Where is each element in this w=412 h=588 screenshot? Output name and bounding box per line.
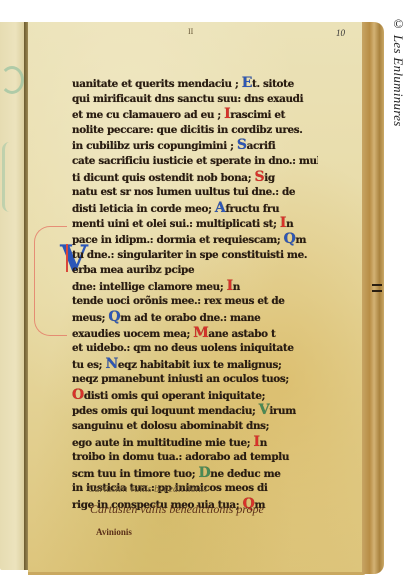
text-line: et me cu clamauero ad eu ; Irascimi et [72, 107, 318, 123]
text-line: nolite peccare: que dicitis in cordibz u… [72, 123, 318, 139]
text-line: ego aute in multitudine mie tue; In [72, 435, 318, 451]
rubricated-initial: S [237, 138, 247, 153]
line-text: dne: intellige clamore meu; [72, 281, 227, 293]
edge-mark [372, 290, 382, 292]
text-line: natu est sr nos lumen uultus tui dne.: d… [72, 185, 318, 201]
line-text: ane astabo t [208, 328, 275, 340]
text-line: erba mea auribz pcipe [72, 263, 318, 279]
rubricated-initial: Q [284, 232, 296, 247]
copyright-watermark: © Les Enluminures [386, 16, 410, 146]
line-text: t. sitote [252, 78, 294, 90]
text-line: pdes omis qui loquunt mendaciu; Virum [72, 403, 318, 419]
rubricated-initial: D [199, 466, 211, 481]
text-line: tu es; Neqz habitabit iux te malignus; [72, 357, 318, 373]
text-line: in cubilibz uris copungimini ; Sacrifi [72, 138, 318, 154]
line-text: in cubilibz uris copungimini ; [72, 140, 237, 152]
line-text: scm tuu in timore tuo; [72, 468, 199, 480]
rubricated-initial: M [193, 326, 208, 341]
offset-green-flourish [2, 142, 17, 212]
text-line: Odisti omis qui operant iniquitate; [72, 388, 318, 404]
ownership-inscription-1: Cartusien vallis benedictionis [88, 484, 207, 495]
line-text: ti dicunt quis ostendit nob bona; [72, 172, 254, 184]
text-line: menti uini et olei sui.: multiplicati st… [72, 216, 318, 232]
line-text: et uidebo.: qm no deus uolens iniquitate [72, 342, 294, 354]
line-text: tu es; [72, 359, 105, 371]
line-text: sanguinu et dolosu abominabit dns; [72, 420, 269, 432]
line-text: neqz pmanebunt iniusti an oculos tuos; [72, 373, 289, 385]
text-line: dne: intellige clamore meu; In [72, 279, 318, 295]
line-text: troibo in domu tua.: adorabo ad templu [72, 451, 289, 463]
text-line: troibo in domu tua.: adorabo ad templu [72, 450, 318, 466]
text-line: tende uoci orõnis mee.: rex meus et de [72, 294, 318, 310]
ownership-inscription-3: Avinionis [96, 527, 132, 537]
text-line: cate sacrificiu iusticie et sperate in d… [72, 154, 318, 170]
text-line: neqz pmanebunt iniusti an oculos tuos; [72, 372, 318, 388]
text-line: et uidebo.: qm no deus uolens iniquitate [72, 341, 318, 357]
text-line: disti leticia in corde meo; Afructu fru [72, 201, 318, 217]
watermark-text: Les Enluminures [391, 35, 406, 127]
line-text: menti uini et olei sui.: multiplicati st… [72, 218, 280, 230]
text-line: scm tuu in timore tuo; Dne deduc me [72, 466, 318, 482]
text-line: ti dicunt quis ostendit nob bona; Sig [72, 170, 318, 186]
line-text: qui mirificauit dns sanctu suu: dns exau… [72, 93, 303, 105]
facing-page-edge [0, 22, 26, 570]
line-text: tu dne.: singulariter in spe constituist… [72, 249, 307, 261]
line-text: fructu fru [225, 203, 279, 215]
line-text: erba mea auribz pcipe [72, 264, 194, 276]
line-text: pdes omis qui loquunt mendaciu; [72, 405, 259, 417]
line-text: disti leticia in corde meo; [72, 203, 215, 215]
line-text: tende uoci orõnis mee.: rex meus et de [72, 295, 285, 307]
text-line: pace in idipm.: dormia et requiescam; Qm [72, 232, 318, 248]
line-text: m ad te orabo dne.: mane [120, 312, 260, 324]
line-text: meus; [72, 312, 108, 324]
rubricated-initial: S [254, 170, 264, 185]
line-text: nolite peccare: que dicitis in cordibz u… [72, 124, 303, 136]
text-line: exaudies uocem mea; Mane astabo t [72, 326, 318, 342]
line-text: n [260, 437, 267, 449]
line-text: acrifi [247, 140, 276, 152]
line-text: pace in idipm.: dormia et requiescam; [72, 234, 284, 246]
rubricated-initial: A [215, 201, 226, 216]
line-text: natu est sr nos lumen uultus tui dne.: d… [72, 186, 295, 198]
text-line: tu dne.: singulariter in spe constituist… [72, 248, 318, 264]
quire-mark: II [188, 27, 193, 36]
offset-green-initial [0, 66, 24, 94]
rubricated-initial: N [105, 357, 117, 372]
line-text: disti omis qui operant iniquitate; [84, 390, 265, 402]
line-text: m [296, 234, 307, 246]
line-text: n [286, 218, 293, 230]
rubricated-initial: O [72, 388, 84, 403]
text-line: sanguinu et dolosu abominabit dns; [72, 419, 318, 435]
folio-number: 10 [336, 28, 345, 38]
text-line: uanitate et querits mendaciu ; Et. sitot… [72, 76, 318, 92]
line-text: exaudies uocem mea; [72, 328, 193, 340]
line-text: ego aute in multitudine mie tue; [72, 437, 254, 449]
rubricated-initial: V [259, 403, 270, 418]
fore-edge [362, 22, 384, 574]
rubricated-initial: Q [108, 310, 120, 325]
line-text: ig [264, 172, 275, 184]
edge-mark [372, 284, 382, 286]
line-text: eqz habitabit iux te malignus; [118, 359, 282, 371]
copyright-symbol: © [391, 16, 406, 31]
text-block: uanitate et querits mendaciu ; Et. sitot… [72, 76, 318, 513]
line-text: uanitate et querits mendaciu ; [72, 78, 242, 90]
line-text: rascimi et [230, 109, 285, 121]
text-line: meus; Qm ad te orabo dne.: mane [72, 310, 318, 326]
text-line: qui mirificauit dns sanctu suu: dns exau… [72, 92, 318, 108]
rubricated-initial: E [242, 76, 252, 91]
ownership-inscription-2: Cartusien vallis benedictionis prope [90, 502, 264, 517]
line-text: et me cu clamauero ad eu ; [72, 109, 224, 121]
line-text: n [233, 281, 240, 293]
line-text: ne deduc me [210, 468, 280, 480]
line-text: irum [269, 405, 296, 417]
red-penwork [66, 244, 68, 272]
line-text: cate sacrificiu iusticie et sperate in d… [72, 155, 318, 167]
